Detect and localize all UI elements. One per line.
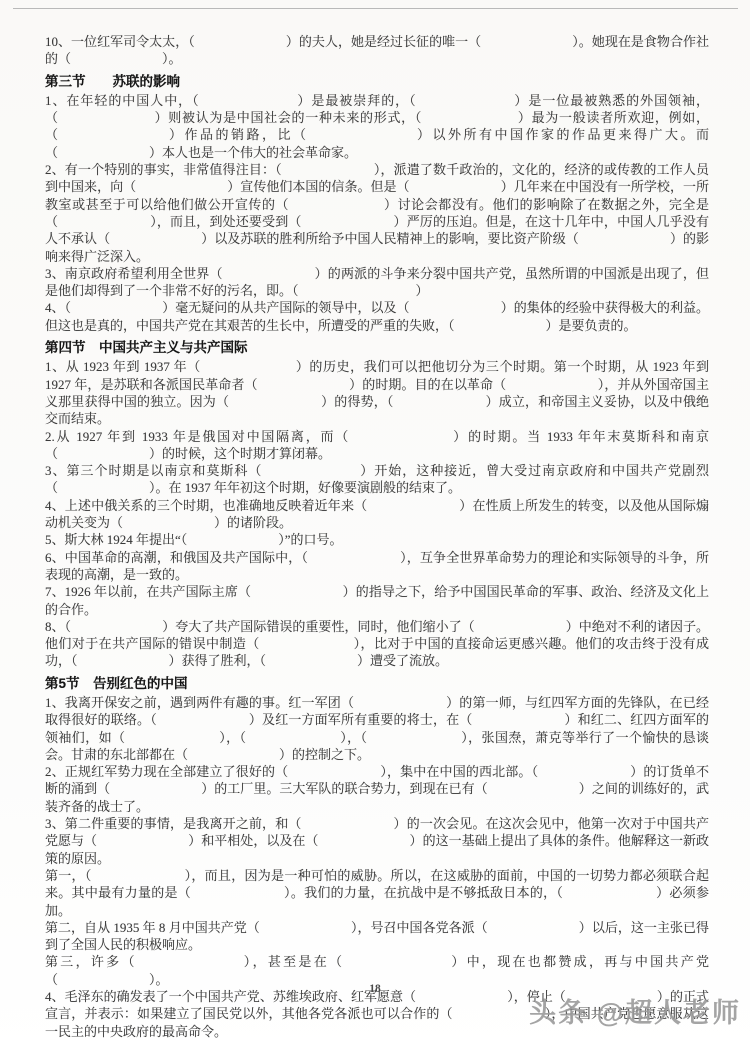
paragraph: 2、有一个特别的事实，非常值得注目：（ ），派遣了数千政治的，文化的，经济的或传… [45,161,709,265]
paragraph: 8、（ ）夸大了共产国际错误的重要性，同时，他们缩小了（ ）中绝对不利的诸因子。… [45,618,709,670]
paragraph: 第一，（ ），而且，因为是一种可怕的威胁。所以，在这威胁的面前，中国的一切势力都… [45,867,709,919]
paragraph: 5、斯大林 1924 年提出“（ ）”的口号。 [45,531,709,548]
document-page: 10、一位红军司令太太，（ ）的夫人，她是经过长征的唯一（ ）。她现在是食物合作… [0,0,750,1060]
paragraph: 10、一位红军司令太太，（ ）的夫人，她是经过长征的唯一（ ）。她现在是食物合作… [45,33,709,68]
paragraph: 4、（ ）毫无疑问的从共产国际的领导中，以及（ ）的集体的经验中获得极大的利益。… [45,299,709,334]
section-heading: 第5节 告别红色的中国 [45,675,709,692]
section-heading: 第三节 苏联的影响 [45,73,709,90]
paragraph: 2.从 1927 年到 1933 年是俄国对中国隔离，而（ ）的时期。当 193… [45,428,709,463]
paragraph: 第二，自从 1935 年 8 月中国共产党（ ），号召中国各党各派（ ）以后，这… [45,919,709,954]
paragraph: 3、南京政府希望利用全世界（ ）的两派的斗争来分裂中国共产党，虽然所谓的中国派是… [45,265,709,300]
section-heading: 第四节 中国共产主义与共产国际 [45,339,709,356]
paragraph: 4、上述中俄关系的三个时期，也准确地反映着近年来（ ）在性质上所发生的转变，以及… [45,497,709,532]
paragraph: 1、我离开保安之前，遇到两件有趣的事。红一军团（ ）的第一师，与红四军方面的先锋… [45,694,709,763]
document-content: 10、一位红军司令太太，（ ）的夫人，她是经过长征的唯一（ ）。她现在是食物合作… [45,33,709,1040]
watermark: 头条 @超人老师 [529,991,741,1030]
paragraph: 7、1926 年以前，在共产国际主席（ ）的指导之下，给予中国国民革命的军事、政… [45,583,709,618]
paragraph: 3、第二件重要的事情，是我离开之前，和（ ）的一次会见。在这次会见中，他第一次对… [45,815,709,867]
paragraph: 6、中国革命的高潮，和俄国及共产国际中，（ ），互争全世界革命势力的理论和实际领… [45,549,709,584]
paragraph: 1、从 1923 年到 1937 年（ ）的历史，我们可以把他切分为三个时期。第… [45,358,709,427]
paragraph: 3、第三个时期是以南京和莫斯科（ ）开始，这种接近，曾大受过南京政府和中国共产党… [45,462,709,497]
paragraph: 2、正规红军势力现在全部建立了很好的（ ），集中在中国的西北部。（ ）的订货单不… [45,763,709,815]
paragraph: 1、在年轻的中国人中，（ ）是最被崇拜的，（ ）是一位最被熟悉的外国领袖，（ ）… [45,92,709,161]
page-top-border [13,8,738,9]
